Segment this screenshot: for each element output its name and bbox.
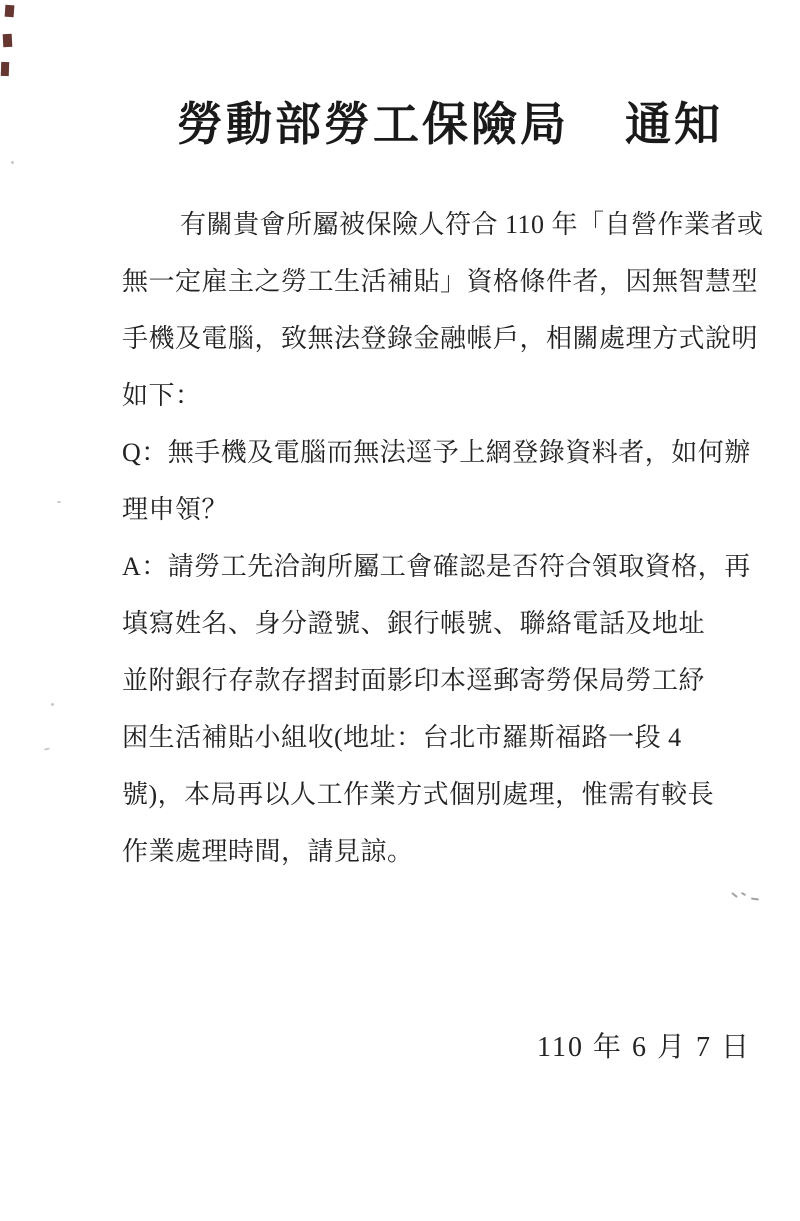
intro-line-3: 手機及電腦，致無法登錄金融帳戶，相關處理方式說明 [122, 310, 782, 367]
scan-corner-mark [1, 62, 9, 76]
document-date: 110 年 6 月 7 日 [537, 1026, 751, 1070]
document-title: 勞動部勞工保險局 通知 [177, 94, 723, 156]
answer-line-1: A：請勞工先洽詢所屬工會確認是否符合領取資格，再 [122, 538, 782, 595]
answer-line-3: 並附銀行存款存摺封面影印本逕郵寄勞保局勞工紓 [122, 652, 782, 709]
answer-line-2: 填寫姓名、身分證號、銀行帳號、聯絡電話及地址 [122, 595, 782, 652]
scan-speck [11, 161, 14, 164]
scanned-notice-page: 勞動部勞工保險局 通知 有關貴會所屬被保險人符合 110 年「自營作業者或 無一… [0, 0, 800, 1221]
scan-speck [51, 703, 54, 706]
answer-line-5: 號)，本局再以人工作業方式個別處理，惟需有較長 [122, 766, 782, 823]
document-body: 有關貴會所屬被保險人符合 110 年「自營作業者或 無一定雇主之勞工生活補貼」資… [122, 196, 782, 880]
intro-line-1: 有關貴會所屬被保險人符合 110 年「自營作業者或 [122, 196, 782, 253]
question-line-1: Q：無手機及電腦而無法逕予上網登錄資料者，如何辦 [122, 424, 782, 481]
question-line-2: 理申領？ [122, 481, 782, 538]
pencil-squiggle-artifact [731, 891, 761, 905]
title-agency-name: 勞動部勞工保險局 [177, 94, 569, 156]
scan-corner-mark [3, 34, 13, 47]
title-doc-type: 通知 [625, 94, 723, 156]
answer-line-4: 困生活補貼小組收(地址：台北市羅斯福路一段 4 [122, 709, 782, 766]
scan-corner-mark [5, 5, 15, 18]
intro-line-4: 如下： [122, 367, 782, 424]
answer-line-6: 作業處理時間，請見諒。 [122, 823, 782, 880]
scan-speck [44, 747, 50, 750]
intro-line-2: 無一定雇主之勞工生活補貼」資格條件者，因無智慧型 [122, 253, 782, 310]
scan-speck [57, 501, 61, 503]
